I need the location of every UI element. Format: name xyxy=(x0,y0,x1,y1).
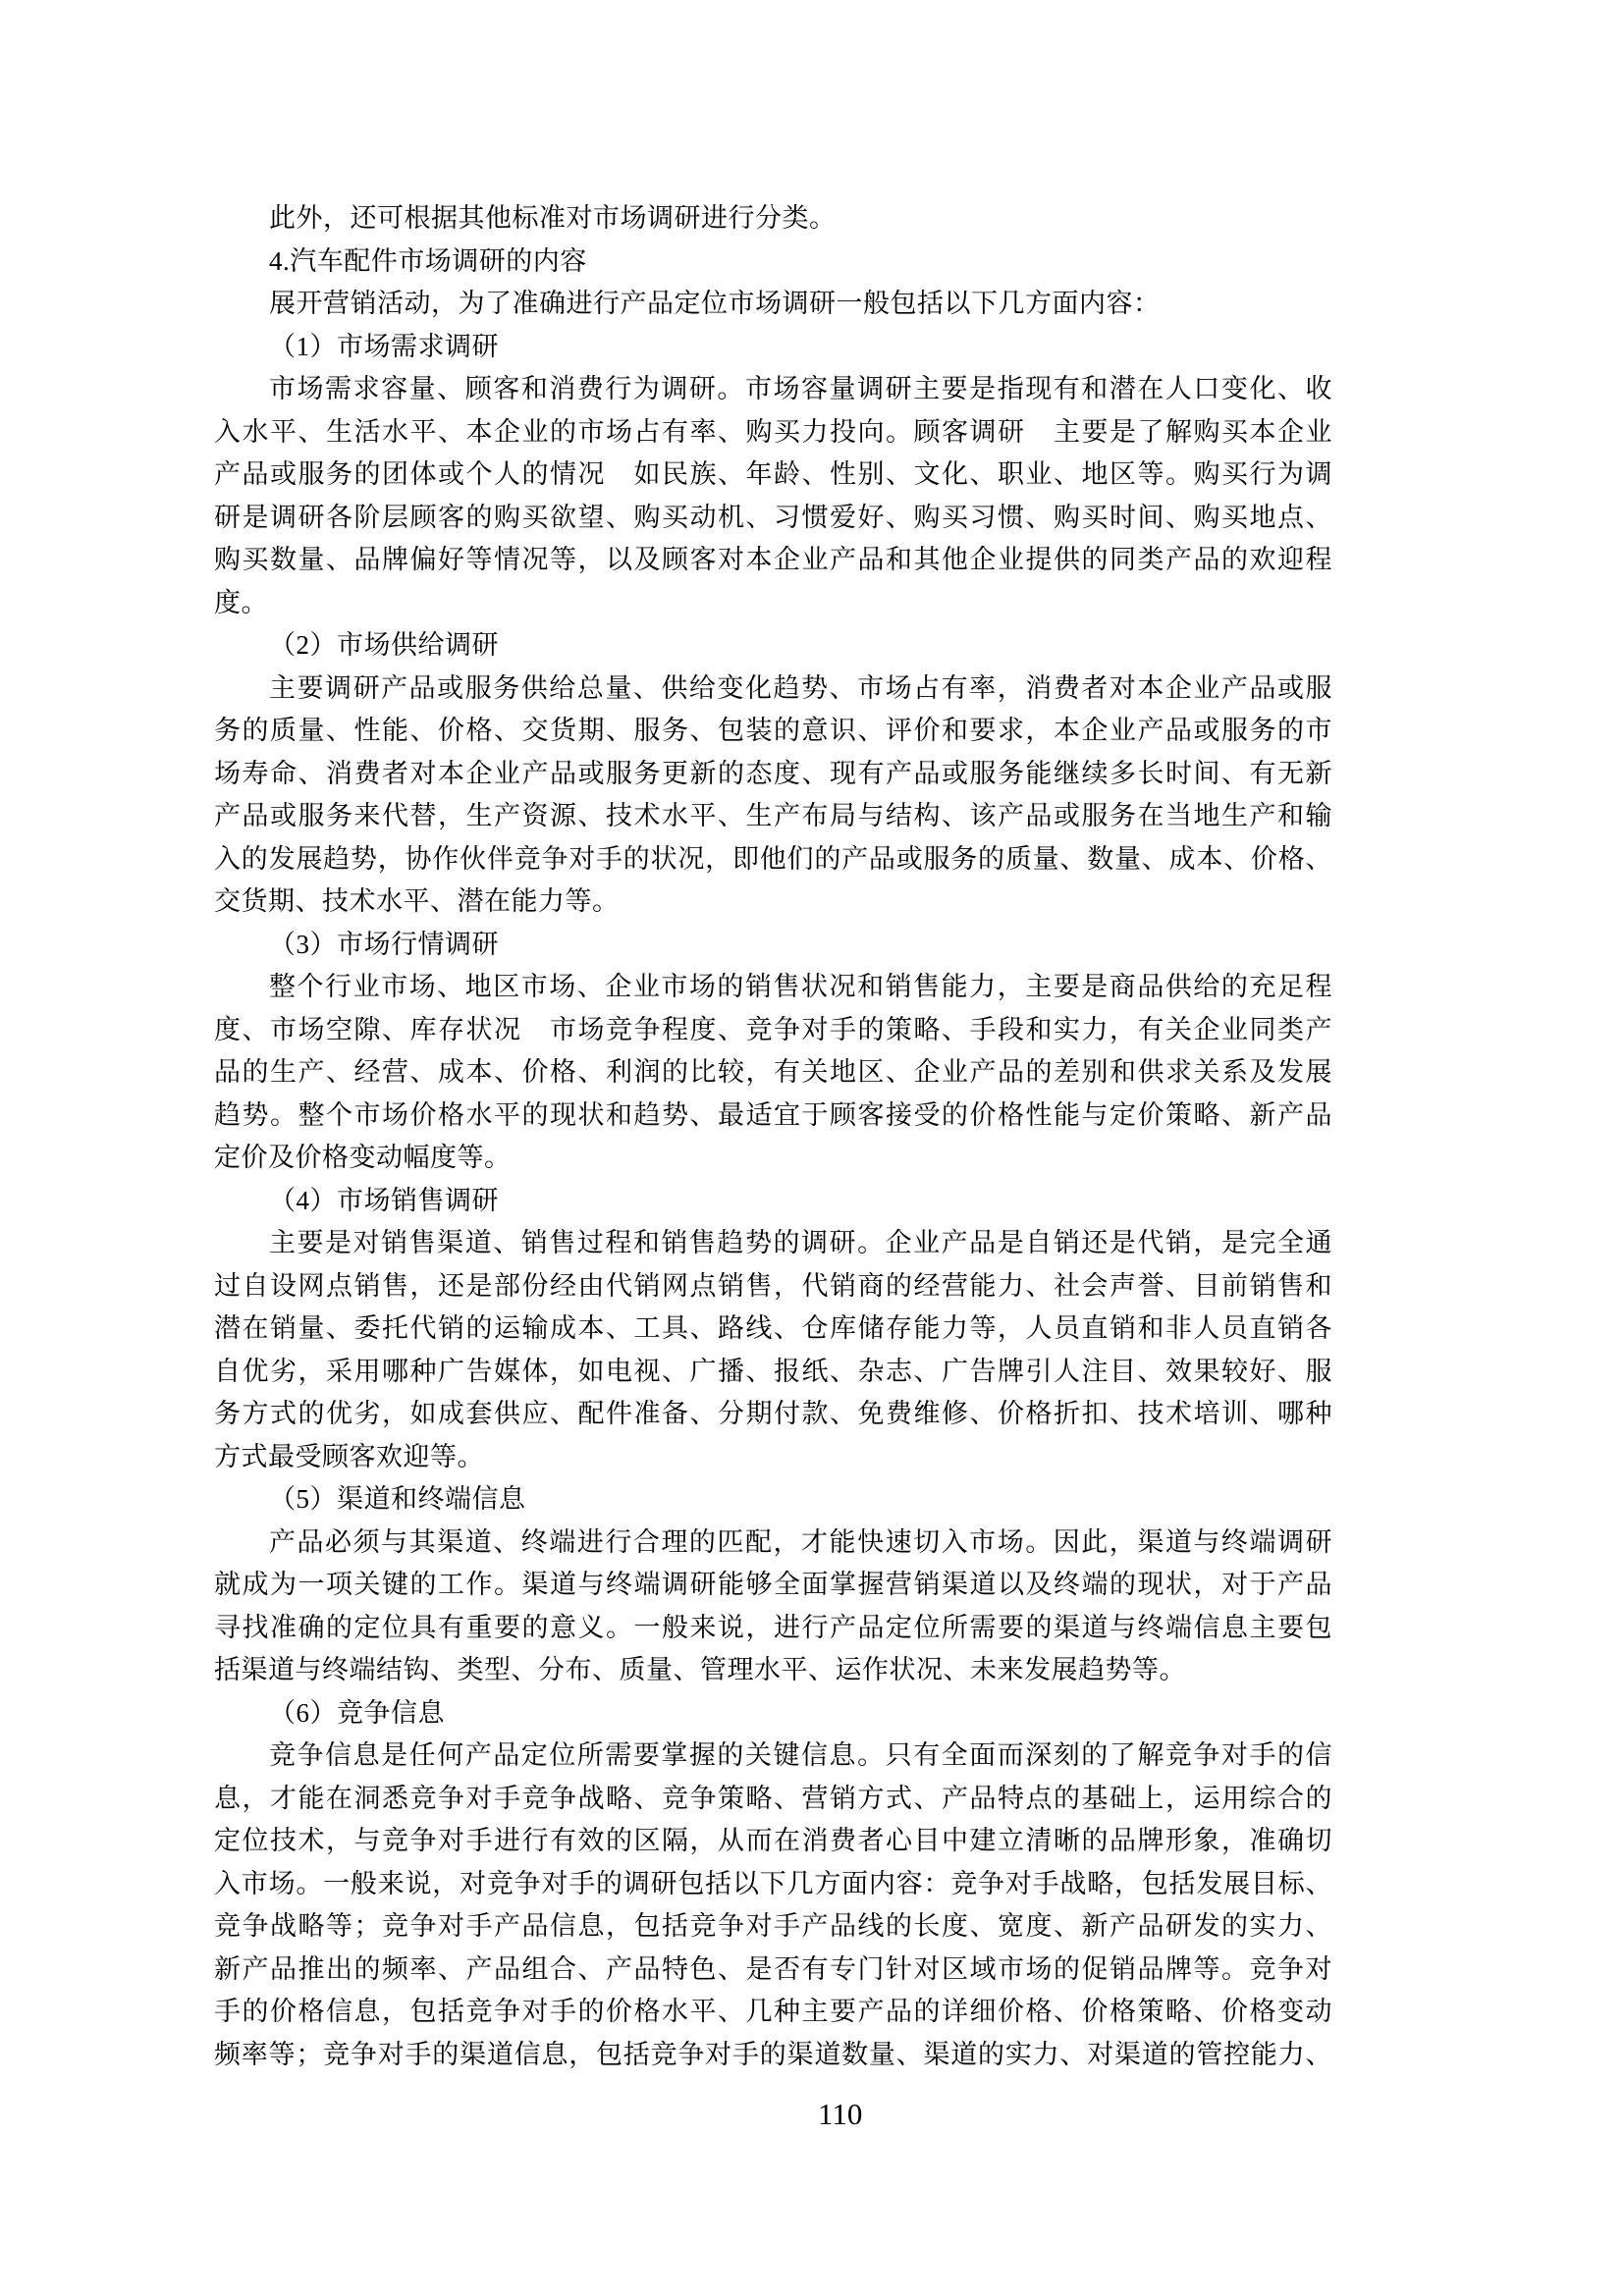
text-line: 入市场。一般来说，对竞争对手的调研包括以下几方面内容：竞争对手战略，包括发展目标… xyxy=(214,1863,1332,1906)
text-line: （1）市场需求调研 xyxy=(214,326,1332,369)
text-line: 主要是对销售渠道、销售过程和销售趋势的调研。企业产品是自销还是代销，是完全通 xyxy=(214,1222,1332,1265)
text-line: 竞争信息是任何产品定位所需要掌握的关键信息。只有全面而深刻的了解竞争对手的信 xyxy=(214,1735,1332,1778)
text-line: 定价及价格变动幅度等。 xyxy=(214,1137,1332,1180)
text-line: 寻找准确的定位具有重要的意义。一般来说，进行产品定位所需要的渠道与终端信息主要包 xyxy=(214,1607,1332,1650)
text-line: 定位技术，与竞争对手进行有效的区隔，从而在消费者心目中建立清晰的品牌形象，准确切 xyxy=(214,1820,1332,1863)
text-line: 务的质量、性能、价格、交货期、服务、包装的意识、评价和要求，本企业产品或服务的市 xyxy=(214,710,1332,753)
text-line: 度。 xyxy=(214,582,1332,625)
text-line: 产品或服务的团体或个人的情况 如民族、年龄、性别、文化、职业、地区等。购买行为调 xyxy=(214,454,1332,497)
text-line: 产品或服务来代替，生产资源、技术水平、生产布局与结构、该产品或服务在当地生产和输 xyxy=(214,795,1332,838)
text-line: 方式最受顾客欢迎等。 xyxy=(214,1436,1332,1479)
body-text: 此外，还可根据其他标准对市场调研进行分类。4.汽车配件市场调研的内容展开营销活动… xyxy=(214,197,1332,2076)
text-line: 4.汽车配件市场调研的内容 xyxy=(214,240,1332,284)
text-line: 购买数量、品牌偏好等情况等，以及顾客对本企业产品和其他企业提供的同类产品的欢迎程 xyxy=(214,539,1332,582)
text-line: 息，才能在洞悉竞争对手竞争战略、竞争策略、营销方式、产品特点的基础上，运用综合的 xyxy=(214,1778,1332,1821)
document-page: 此外，还可根据其他标准对市场调研进行分类。4.汽车配件市场调研的内容展开营销活动… xyxy=(0,0,1624,2296)
text-line: （4）市场销售调研 xyxy=(214,1180,1332,1223)
text-line: 竞争战略等；竞争对手产品信息，包括竞争对手产品线的长度、宽度、新产品研发的实力、 xyxy=(214,1905,1332,1949)
text-line: 此外，还可根据其他标准对市场调研进行分类。 xyxy=(214,197,1332,240)
text-line: （6）竞争信息 xyxy=(214,1692,1332,1735)
text-line: 交货期、技术水平、潜在能力等。 xyxy=(214,881,1332,924)
text-line: 括渠道与终端结钩、类型、分布、质量、管理水平、运作状况、未来发展趋势等。 xyxy=(214,1649,1332,1692)
text-line: 场寿命、消费者对本企业产品或服务更新的态度、现有产品或服务能继续多长时间、有无新 xyxy=(214,753,1332,796)
text-line: 就成为一项关键的工作。渠道与终端调研能够全面掌握营销渠道以及终端的现状，对于产品 xyxy=(214,1564,1332,1607)
text-line: （5）渠道和终端信息 xyxy=(214,1478,1332,1522)
text-line: 度、市场空隙、库存状况 市场竞争程度、竞争对手的策略、手段和实力，有关企业同类产 xyxy=(214,1009,1332,1052)
text-line: 产品必须与其渠道、终端进行合理的匹配，才能快速切入市场。因此，渠道与终端调研 xyxy=(214,1522,1332,1565)
text-line: 入水平、生活水平、本企业的市场占有率、购买力投向。顾客调研 主要是了解购买本企业 xyxy=(214,411,1332,454)
text-line: 市场需求容量、顾客和消费行为调研。市场容量调研主要是指现有和潜在人口变化、收 xyxy=(214,368,1332,411)
text-line: 趋势。整个市场价格水平的现状和趋势、最适宜于顾客接受的价格性能与定价策略、新产品 xyxy=(214,1095,1332,1138)
text-line: 品的生产、经营、成本、价格、利润的比较，有关地区、企业产品的差别和供求关系及发展 xyxy=(214,1051,1332,1095)
text-line: 务方式的优劣，如成套供应、配件准备、分期付款、免费维修、价格折扣、技术培训、哪种 xyxy=(214,1393,1332,1436)
page-number: 110 xyxy=(818,2099,862,2129)
text-line: 频率等；竞争对手的渠道信息，包括竞争对手的渠道数量、渠道的实力、对渠道的管控能力… xyxy=(214,2034,1332,2077)
text-line: 潜在销量、委托代销的运输成本、工具、路线、仓库储存能力等，人员直销和非人员直销各 xyxy=(214,1308,1332,1351)
text-line: 过自设网点销售，还是部份经由代销网点销售，代销商的经营能力、社会声誉、目前销售和 xyxy=(214,1265,1332,1308)
text-line: （2）市场供给调研 xyxy=(214,624,1332,667)
text-line: 展开营销活动，为了准确进行产品定位市场调研一般包括以下几方面内容： xyxy=(214,283,1332,326)
text-line: 整个行业市场、地区市场、企业市场的销售状况和销售能力，主要是商品供给的充足程 xyxy=(214,966,1332,1009)
text-line: 主要调研产品或服务供给总量、供给变化趋势、市场占有率，消费者对本企业产品或服 xyxy=(214,667,1332,711)
text-line: （3）市场行情调研 xyxy=(214,924,1332,967)
text-line: 研是调研各阶层顾客的购买欲望、购买动机、习惯爱好、购买习惯、购买时间、购买地点、 xyxy=(214,497,1332,540)
text-line: 手的价格信息，包括竞争对手的价格水平、几种主要产品的详细价格、价格策略、价格变动 xyxy=(214,1991,1332,2034)
text-line: 自优劣，采用哪种广告媒体，如电视、广播、报纸、杂志、广告牌引人注目、效果较好、服 xyxy=(214,1351,1332,1394)
text-line: 入的发展趋势，协作伙伴竞争对手的状况，即他们的产品或服务的质量、数量、成本、价格… xyxy=(214,838,1332,881)
text-line: 新产品推出的频率、产品组合、产品特色、是否有专门针对区域市场的促销品牌等。竞争对 xyxy=(214,1949,1332,1992)
